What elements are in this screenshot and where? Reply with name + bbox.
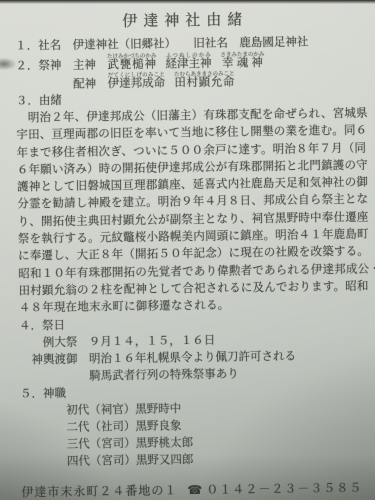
page-title: 伊達神社由緒 [15,9,356,34]
deity-name: 幸魂神さきみたまのかみ [220,57,264,70]
priest-rows: 初代（祠官）黒野時中 二代（社司）黒野良象 三代（宮司）黒野桃太郎 四代（宮司）… [66,398,362,471]
deities-prefix: 配神 [16,78,108,91]
paper-sheet: 伊達神社由緒 １．社名 伊達神社（旧郷社） 旧社名 鹿島國足神社 ２．祭神 主神… [0,0,375,500]
deity-name: 経津主神ふつぬしのかみ [165,58,211,71]
history-paragraph: 明治２年、伊達邦成公（旧藩主）有珠郡支配を命ぜられ、宮城県 宇田、亘理両郡の旧臣… [16,106,360,318]
deity-name: 田村顕允命たむらあきまさのみこと [174,76,235,89]
priest-row: 四代（宮司）黒野又四郎 [67,450,362,471]
phone-number: ０１４２－２３－３５８５ [206,480,362,496]
deities-prefix: ２．祭神 主神 [15,59,107,72]
deity-furigana: ふつぬしのかみ [165,53,211,60]
deity-furigana: たけみかづちのかみ [107,53,157,60]
document-photo: 伊達神社由緒 １．社名 伊達神社（旧郷社） 旧社名 鹿島國足神社 ２．祭神 主神… [0,0,375,500]
telephone-icon: ☎ [187,483,203,497]
festival-rows: 例大祭 ９月１４，１５，１６日 神輿渡御 明治１６年札幌県令より佩刀許可される … [31,330,361,386]
deity-furigana: たむらあきまさのみこと [174,71,235,78]
deity-furigana: だてくにしげのみこと [108,72,166,79]
deity-name: 伊達邦成命だてくにしげのみこと [108,77,166,90]
address-text: 伊達市末永町２４番地の１ [21,483,177,499]
deity-furigana: さきみたまのかみ [220,52,264,59]
deity-name: 武甕槌神たけみかづちのかみ [107,58,156,71]
address-line: 伊達市末永町２４番地の１☎０１４２－２３－３５８５ [21,478,362,500]
